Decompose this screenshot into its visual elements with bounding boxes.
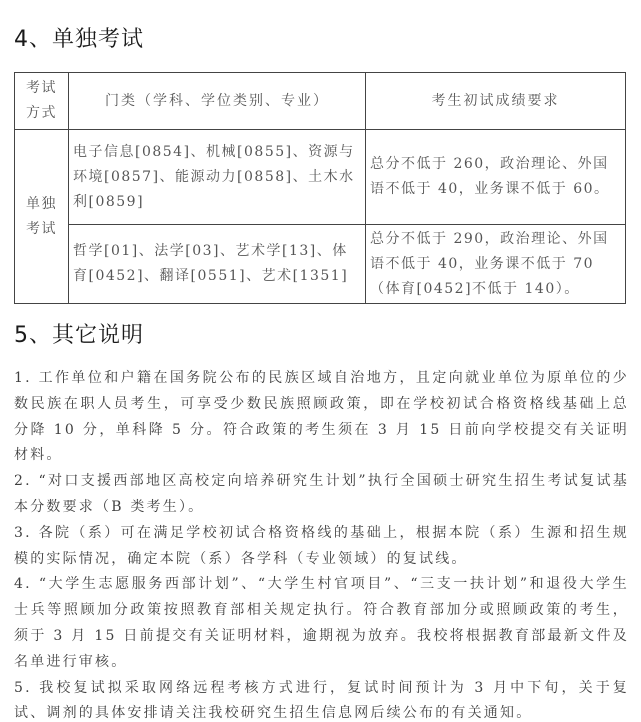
note-item: 4. “大学生志愿服务西部计划”、“大学生村官项目”、“三支一扶计划”和退役大学… bbox=[14, 572, 629, 675]
header-score-requirements: 考生初试成绩要求 bbox=[366, 73, 626, 130]
exam-type-cell: 单独 考试 bbox=[15, 130, 69, 304]
note-item: 3. 各院（系）可在满足学校初试合格资格线的基础上，根据本院（系）生源和招生规模… bbox=[14, 521, 629, 573]
section-5-heading: 5、其它说明 bbox=[14, 318, 144, 349]
note-item: 5. 我校复试拟采取网络远程考核方式进行，复试时间预计为 3 月中下旬，关于复试… bbox=[14, 676, 629, 722]
table-header-row: 考试 方式 门类（学科、学位类别、专业） 考生初试成绩要求 bbox=[15, 73, 626, 130]
note-item: 2. “对口支援西部地区高校定向培养研究生计划”执行全国硕士研究生招生考试复试基… bbox=[14, 469, 629, 521]
section-4-heading: 4、单独考试 bbox=[14, 22, 144, 53]
table-row: 单独 考试 电子信息[0854]、机械[0855]、资源与环境[0857]、能源… bbox=[15, 130, 626, 225]
exam-requirements-table: 考试 方式 门类（学科、学位类别、专业） 考生初试成绩要求 单独 考试 电子信息… bbox=[14, 72, 626, 304]
categories-cell: 电子信息[0854]、机械[0855]、资源与环境[0857]、能源动力[085… bbox=[69, 130, 366, 225]
notes-list: 1. 工作单位和户籍在国务院公布的民族区域自治地方，且定向就业单位为原单位的少数… bbox=[14, 366, 629, 722]
header-exam-method: 考试 方式 bbox=[15, 73, 69, 130]
requirements-cell: 总分不低于 260，政治理论、外国语不低于 40，业务课不低于 60。 bbox=[366, 130, 626, 225]
note-item: 1. 工作单位和户籍在国务院公布的民族区域自治地方，且定向就业单位为原单位的少数… bbox=[14, 366, 629, 469]
table-row: 哲学[01]、法学[03]、艺术学[13]、体育[0452]、翻译[0551]、… bbox=[15, 225, 626, 304]
header-categories: 门类（学科、学位类别、专业） bbox=[69, 73, 366, 130]
categories-cell: 哲学[01]、法学[03]、艺术学[13]、体育[0452]、翻译[0551]、… bbox=[69, 225, 366, 304]
requirements-cell: 总分不低于 290，政治理论、外国语不低于 40，业务课不低于 70（体育[04… bbox=[366, 225, 626, 304]
